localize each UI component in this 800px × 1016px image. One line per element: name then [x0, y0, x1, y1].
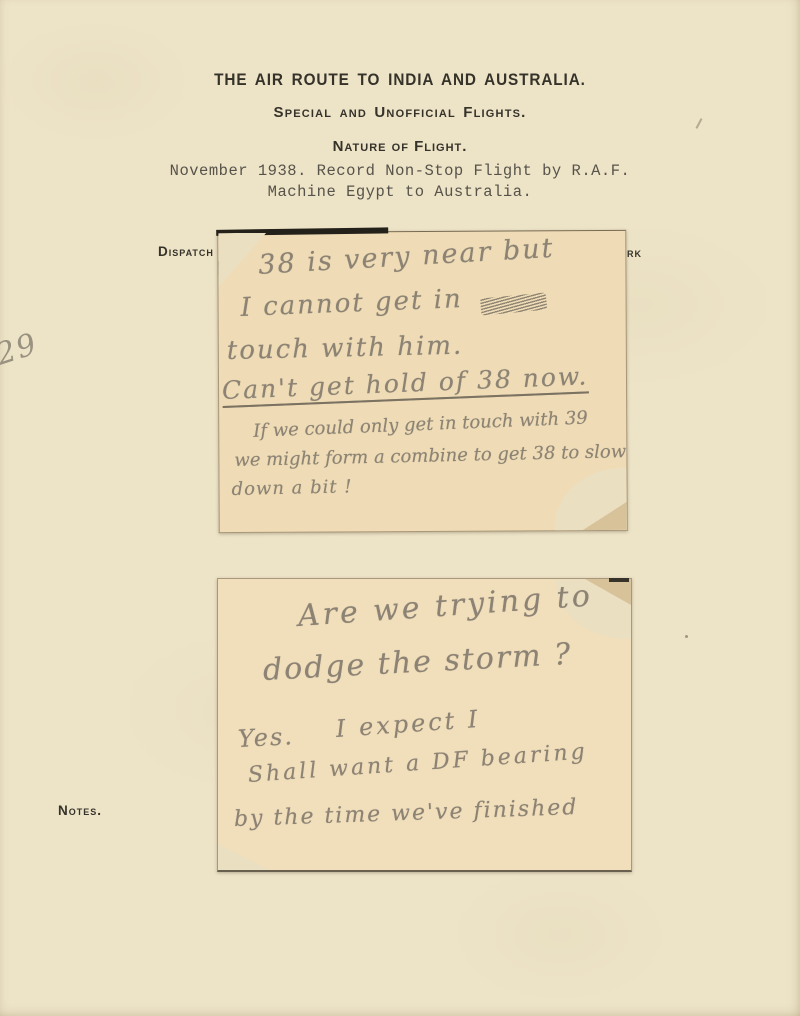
handwritten-line: Are we trying to	[297, 578, 594, 634]
paper-speck	[685, 635, 688, 638]
handwritten-line: 38 is very near but	[257, 233, 555, 281]
section-heading: Nature of Flight.	[0, 138, 800, 155]
dispatch-card: 38 is very near butI cannot get intouch …	[217, 230, 628, 533]
handwritten-line: Can't get hold of 38 now.	[221, 361, 588, 405]
handwritten-line: dodge the storm ?	[262, 637, 573, 688]
handwritten-line: Yes.	[237, 722, 294, 753]
fold-pale-area	[554, 468, 626, 530]
album-page: THE AIR ROUTE TO INDIA AND AUSTRALIA. Sp…	[0, 0, 800, 1016]
typewritten-caption-line2: Machine Egypt to Australia.	[0, 183, 800, 201]
notes-label: Notes.	[58, 803, 102, 818]
photo-corner-bottom-right	[554, 468, 626, 530]
fold-dark-area	[583, 502, 627, 530]
crossed-out-word	[480, 293, 547, 316]
handwritten-line: I expect I	[335, 705, 481, 743]
page-title: THE AIR ROUTE TO INDIA AND AUSTRALIA.	[40, 70, 760, 90]
photo-corner-bottom-left	[218, 844, 270, 870]
fold-dark-tick	[609, 578, 629, 582]
handwritten-line: touch with him.	[226, 331, 463, 366]
remark-label-partial: rk	[627, 245, 642, 260]
handwritten-line: we might form a combine to get 38 to slo…	[234, 441, 626, 471]
card-edge-mark	[218, 261, 221, 275]
handwritten-line: If we could only get in touch with 39	[253, 407, 588, 441]
page-subtitle: Special and Unofficial Flights.	[0, 104, 800, 121]
handwritten-line: down a bit !	[231, 476, 352, 500]
typewritten-caption-line1: November 1938. Record Non-Stop Flight by…	[0, 162, 800, 180]
notes-card: Are we trying tododge the storm ?Yes.I e…	[217, 578, 632, 872]
handwritten-line: by the time we've finished	[234, 795, 579, 832]
dispatch-label: Dispatch	[158, 244, 214, 259]
card-top-edge	[216, 227, 388, 235]
handwritten-line: I cannot get in	[240, 284, 463, 323]
pencil-page-number: 29	[0, 326, 43, 372]
handwritten-line: Shall want a DF bearing	[247, 739, 588, 788]
